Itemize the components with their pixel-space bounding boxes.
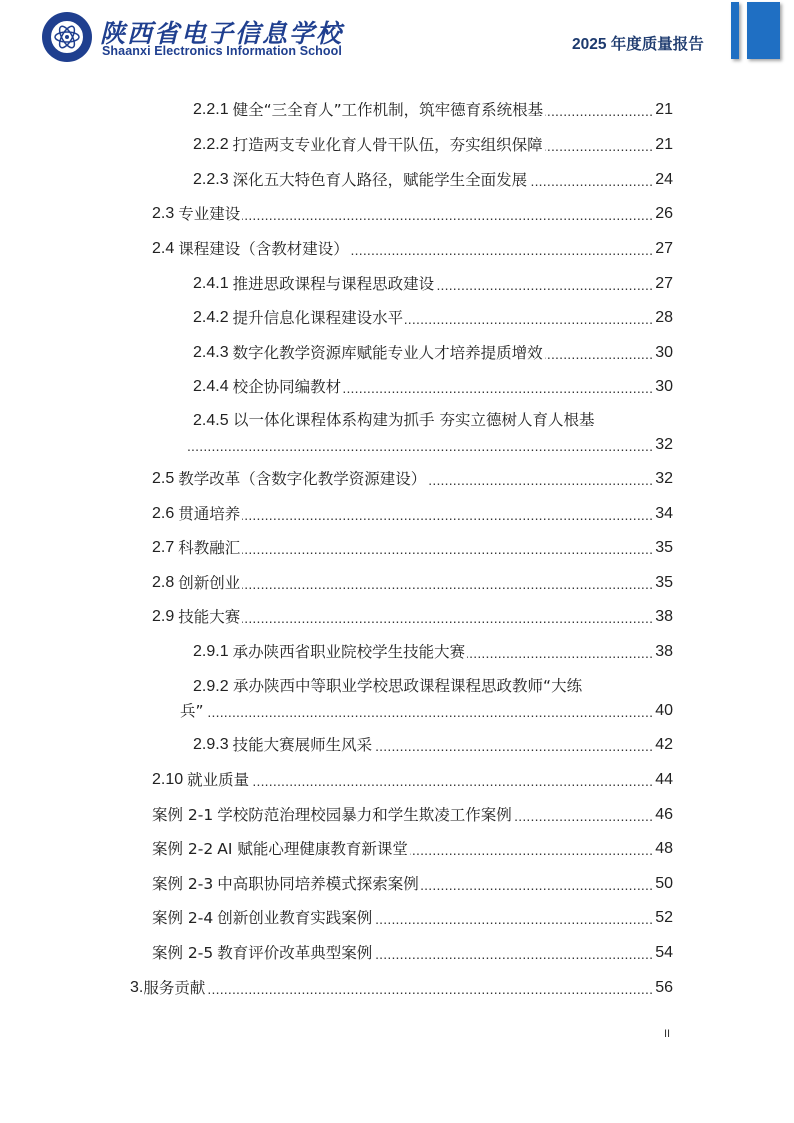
toc-entry-number: 案例 2-2: [152, 838, 213, 860]
toc-leader-dots: [421, 873, 653, 895]
toc-entry-page: 40: [655, 700, 673, 722]
toc-entry-wrapped-line[interactable]: 2.4.5 以一体化课程体系构建为抓手 夯实立德树人育人根基: [193, 409, 673, 432]
toc-leader-dots: [529, 169, 653, 191]
toc-entry[interactable]: 2.9.3 技能大赛展师生风采 42: [193, 732, 673, 756]
toc-entry-title: 承办陕西省职业院校学生技能大赛: [233, 641, 466, 663]
toc-entry-title: 课程建设（含教材建设）: [178, 238, 349, 260]
toc-entry-number: 3.: [130, 977, 143, 999]
toc-entry-continuation[interactable]: 兵” 40: [180, 698, 673, 722]
toc-entry-number: 2.9.3: [193, 734, 229, 756]
toc-entry[interactable]: 案例 2-2 AI 赋能心理健康教育新课堂 48: [152, 836, 673, 860]
toc-entry-number: 2.9.2: [193, 678, 229, 695]
toc-entry-title: 技能大赛: [178, 606, 240, 628]
toc-entry-page: 21: [655, 134, 673, 156]
toc-entry-number: 2.2.2: [193, 134, 229, 156]
toc-entry-number: 2.4.2: [193, 307, 229, 329]
toc-entry-page: 26: [655, 203, 673, 225]
toc-entry-page: 35: [655, 572, 673, 594]
toc-entry-title: 以一体化课程体系构建为抓手 夯实立德树人育人根基: [233, 411, 594, 429]
toc-entry-title-continuation: 兵”: [180, 700, 204, 722]
toc-entry-page: 32: [655, 468, 673, 490]
toc-entry[interactable]: 2.2.1 健全“三全育人”工作机制，筑牢德育系统根基 21: [193, 97, 673, 121]
toc-leader-dots: [436, 273, 653, 295]
toc-leader-dots: [207, 977, 653, 999]
toc-entry[interactable]: 2.2.2 打造两支专业化育人骨干队伍，夯实组织保障 21: [193, 132, 673, 156]
toc-entry-title: 健全“三全育人”工作机制，筑牢德育系统根基: [233, 99, 544, 121]
toc-entry-title: 贯通培养: [178, 503, 240, 525]
toc-entry-number: 2.4.4: [193, 376, 229, 398]
toc-leader-dots: [242, 606, 653, 628]
toc-leader-dots: [514, 804, 653, 826]
toc-entry-title: 承办陕西中等职业学校思政课程课程思政教师“大练: [233, 677, 582, 695]
toc-entry-title: AI 赋能心理健康教育新课堂: [217, 838, 408, 860]
toc-entry[interactable]: 2.2.3 深化五大特色育人路径，赋能学生全面发展 24: [193, 167, 673, 191]
toc-entry-title: 打造两支专业化育人骨干队伍，夯实组织保障: [233, 134, 543, 156]
toc-entry-number: 案例 2-3: [152, 873, 213, 895]
toc-leader-dots: [405, 307, 653, 329]
toc-entry-page: 48: [655, 838, 673, 860]
toc-leader-dots: [242, 537, 653, 559]
toc-entry[interactable]: 2.9 技能大赛 38: [152, 604, 673, 628]
toc-entry-page: 35: [655, 537, 673, 559]
toc-entry-title: 创新创业: [178, 572, 240, 594]
toc-entry[interactable]: 2.8 创新创业 35: [152, 570, 673, 594]
toc-leader-dots: [188, 434, 653, 456]
toc-entry[interactable]: 案例 2-5 教育评价改革典型案例 54: [152, 940, 673, 964]
toc-entry-page: 42: [655, 734, 673, 756]
toc-entry-number: 案例 2-5: [152, 942, 213, 964]
toc-entry[interactable]: 2.5 教学改革（含数字化教学资源建设） 32: [152, 466, 673, 490]
toc-entry-page: 34: [655, 503, 673, 525]
toc-entry-page: 30: [655, 376, 673, 398]
toc-entry-page: 38: [655, 641, 673, 663]
toc-entry-page: 46: [655, 804, 673, 826]
toc-entry-number: 2.4: [152, 238, 174, 260]
toc-entry-title: 中高职协同培养模式探索案例: [217, 873, 419, 895]
toc-entry-title: 专业建设: [178, 203, 240, 225]
toc-entry-number: 案例 2-1: [152, 804, 213, 826]
toc-entry[interactable]: 案例 2-3 中高职协同培养模式探索案例 50: [152, 871, 673, 895]
decorative-bar-wide: [747, 2, 780, 59]
school-name-en: Shaanxi Electronics Information School: [102, 44, 342, 58]
report-title: 2025 年度质量报告: [572, 32, 704, 54]
toc-entry[interactable]: 2.4.4 校企协同编教材 30: [193, 374, 673, 398]
toc-entry-number: 2.4.3: [193, 342, 229, 364]
toc-entry[interactable]: 案例 2-4 创新创业教育实践案例 52: [152, 905, 673, 929]
toc-entry-title: 服务贡献: [143, 977, 205, 999]
toc-leader-dots: [343, 376, 653, 398]
toc-entry-page: 30: [655, 342, 673, 364]
toc-leader-dots: [374, 942, 653, 964]
toc-entry-title: 教育评价改革典型案例: [217, 942, 372, 964]
toc-leader-dots: [251, 769, 653, 791]
toc-leader-dots: [206, 700, 654, 722]
toc-leader-dots: [545, 134, 654, 156]
toc-entry-page: 38: [655, 606, 673, 628]
toc-entry-number: 2.6: [152, 503, 174, 525]
toc-entry[interactable]: 2.3 专业建设 26: [152, 201, 673, 225]
toc-entry-title: 技能大赛展师生风采: [233, 734, 373, 756]
toc-entry-page: 50: [655, 873, 673, 895]
toc-entry[interactable]: 2.9.1 承办陕西省职业院校学生技能大赛 38: [193, 639, 673, 663]
toc-leader-dots: [374, 907, 653, 929]
toc-entry[interactable]: 2.4.3 数字化教学资源库赋能专业人才培养提质增效 30: [193, 340, 673, 364]
toc-entry-number: 2.9: [152, 606, 174, 628]
toc-leader-dots: [545, 342, 654, 364]
toc-leader-dots: [351, 238, 653, 260]
decorative-bar-thin: [731, 2, 739, 59]
toc-leader-dots: [410, 838, 653, 860]
toc-entry-title: 提升信息化课程建设水平: [233, 307, 404, 329]
toc-entry-continuation[interactable]: 32: [186, 432, 673, 456]
toc-entry-number: 2.10: [152, 769, 183, 791]
toc-entry-wrapped-line[interactable]: 2.9.2 承办陕西中等职业学校思政课程课程思政教师“大练: [193, 675, 673, 698]
toc-entry-title: 数字化教学资源库赋能专业人才培养提质增效: [233, 342, 543, 364]
toc-leader-dots: [374, 734, 653, 756]
toc-entry-title: 推进思政课程与课程思政建设: [233, 273, 435, 295]
toc-entry-number: 2.3: [152, 203, 174, 225]
toc-entry-number: 2.7: [152, 537, 174, 559]
toc-entry-title: 创新创业教育实践案例: [217, 907, 372, 929]
toc-entry-title: 校企协同编教材: [233, 376, 342, 398]
toc-leader-dots: [242, 503, 653, 525]
toc-entry[interactable]: 案例 2-1 学校防范治理校园暴力和学生欺凌工作案例 46: [152, 802, 673, 826]
toc-entry-page: 32: [655, 434, 673, 456]
toc-entry-page: 27: [655, 238, 673, 260]
toc-leader-dots: [242, 203, 653, 225]
toc-leader-dots: [428, 468, 653, 490]
toc-entry-page: 24: [655, 169, 673, 191]
toc-entry-page: 56: [655, 977, 673, 999]
page-header: 陕西省电子信息学校 Shaanxi Electronics Informatio…: [0, 0, 794, 70]
toc-entry[interactable]: 2.10 就业质量 44: [152, 767, 673, 791]
toc-entry[interactable]: 2.4 课程建设（含教材建设） 27: [152, 236, 673, 260]
toc-entry-page: 21: [655, 99, 673, 121]
toc-entry-page: 28: [655, 307, 673, 329]
toc-entry-page: 27: [655, 273, 673, 295]
toc-entry-number: 2.2.1: [193, 99, 229, 121]
toc-entry-title: 科教融汇: [178, 537, 240, 559]
toc-entry-number: 2.4.1: [193, 273, 229, 295]
toc-entry-page: 54: [655, 942, 673, 964]
toc-entry-title: 教学改革（含数字化教学资源建设）: [178, 468, 426, 490]
page-number: II: [664, 1028, 670, 1040]
toc-entry-number: 案例 2-4: [152, 907, 213, 929]
toc-entry-page: 52: [655, 907, 673, 929]
toc-entry-number: 2.9.1: [193, 641, 229, 663]
toc-entry[interactable]: 2.6 贯通培养 34: [152, 501, 673, 525]
toc-entry-number: 2.8: [152, 572, 174, 594]
toc-entry-title: 学校防范治理校园暴力和学生欺凌工作案例: [217, 804, 512, 826]
toc-leader-dots: [545, 99, 653, 121]
toc-entry[interactable]: 2.4.1 推进思政课程与课程思政建设 27: [193, 271, 673, 295]
toc-entry-number: 2.2.3: [193, 169, 229, 191]
toc-entry-page: 44: [655, 769, 673, 791]
toc-leader-dots: [467, 641, 653, 663]
toc-entry-number: 2.5: [152, 468, 174, 490]
toc-entry-number: 2.4.5: [193, 412, 229, 429]
toc-entry-title: 深化五大特色育人路径，赋能学生全面发展: [233, 169, 528, 191]
toc-entry-title: 就业质量: [187, 769, 249, 791]
toc-entry[interactable]: 2.4.2 提升信息化课程建设水平 28: [193, 305, 673, 329]
toc-entry[interactable]: 3. 服务贡献 56: [130, 975, 673, 999]
school-emblem-icon: [42, 12, 92, 62]
toc-leader-dots: [242, 572, 653, 594]
toc-entry[interactable]: 2.7 科教融汇 35: [152, 535, 673, 559]
